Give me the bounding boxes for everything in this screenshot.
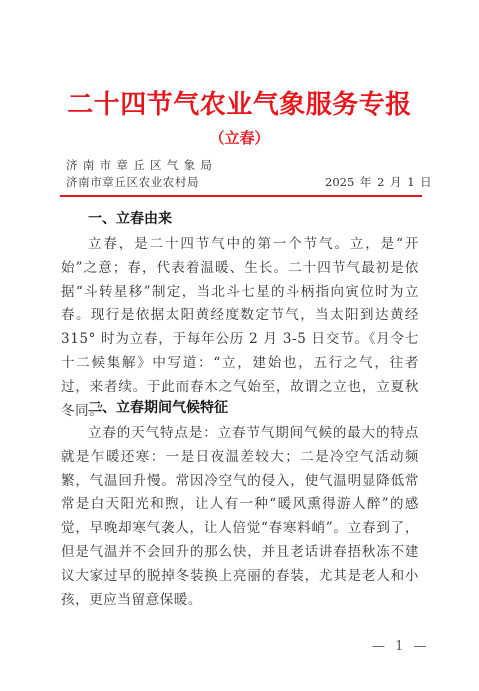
section-paragraph-origin: 立春，是二十四节气中的第一个节气。立，是“开始”之意；春，代表着温暖、生长。二十… (61, 233, 419, 423)
report-subtitle: （立春） (0, 128, 479, 148)
issuer-agriculture-bureau: 济南市章丘区农业农村局 (66, 174, 199, 190)
section-paragraph-climate: 立春的天气特点是：立春节气期间气候的最大的特点就是乍暖还寒：一是日夜温差较大；二… (61, 422, 419, 612)
section-heading-climate: 二、立春期间气候特征 (88, 398, 228, 418)
header-divider (60, 195, 422, 197)
document-page: 二十四节气农业气象服务专报 （立春） 济南市章丘区气象局 济南市章丘区农业农村局… (0, 0, 479, 691)
report-title: 二十四节气农业气象服务专报 (0, 88, 479, 122)
issue-date: 2025 年 2 月 1 日 (325, 174, 432, 190)
issuer-meteorological-bureau: 济南市章丘区气象局 (66, 157, 217, 173)
section-heading-origin: 一、立春由来 (88, 209, 172, 229)
page-number: — 1 — (372, 639, 430, 654)
